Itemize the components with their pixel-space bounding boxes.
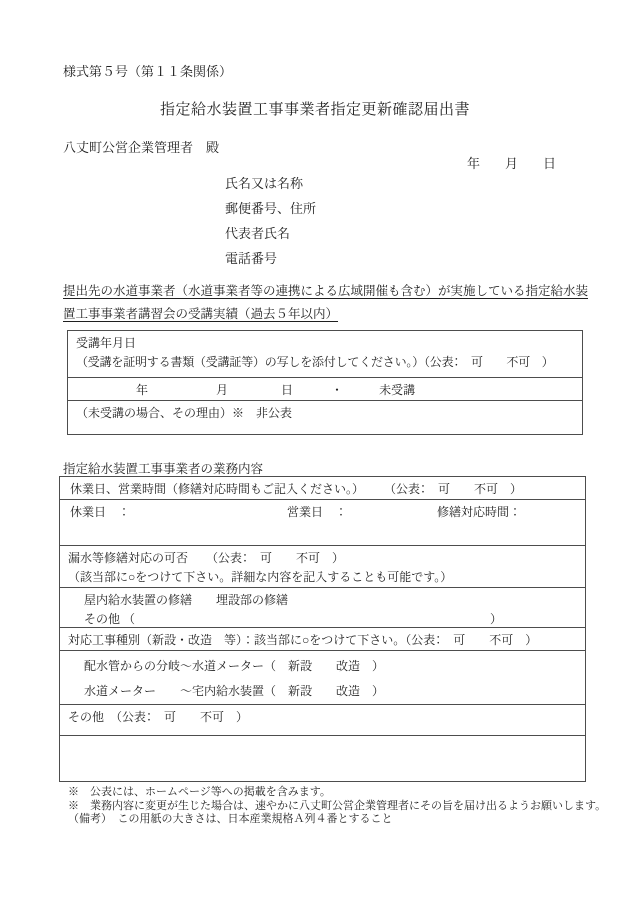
construction-type-options-row: 配水管からの分岐～水道メーター（ 新設 改造 ） 水道メーター ～宅内給水装置（… [60,651,585,705]
training-date-value-row: 年月日・未受講 [68,378,582,401]
repair-other-line: その他 （） [84,610,585,628]
blank-row [60,736,585,781]
form-number: 様式第５号（第１１条関係） [63,61,232,80]
not-attended-reason-row: （未受講の場合、その理由）※ 非公表 [68,401,582,434]
section1-heading: 提出先の水道事業者（水道事業者等の連携による広域開催も含む）が実施している指定給… [63,280,588,326]
construction-type-header-row: 対応工事種別（新設・改造 等）：該当部に○をつけて下さい。（公表： 可 不可 ） [60,628,585,651]
applicant-field-address: 郵便番号、住所 [225,196,316,221]
footnote-publication: ※ 公表には、ホームページ等への掲載を含みます。 [68,786,606,800]
training-date-header-row: 受講年月日 （受講を証明する書類（受講証等）の写しを添付してください。）（公表：… [68,331,582,378]
business-hours-public-label: （公表： 可 不可 ） [384,480,522,497]
training-date-label: 受講年月日 [76,334,582,353]
applicant-field-representative: 代表者氏名 [225,221,316,246]
document-page: 様式第５号（第１１条関係） 指定給水装置工事事業者指定更新確認届出書 八丈町公営… [0,0,630,903]
footnote-change-notice: ※ 業務内容に変更が生じた場合は、速やかに八丈町公営企業管理者にその旨を届け出る… [68,800,606,814]
section1-heading-line1: 提出先の水道事業者（水道事業者等の連携による広域開催も含む）が実施している指定給… [63,284,588,298]
repair-hours-label: 修繕対応時間： [437,503,521,520]
section2-heading: 指定給水装置工事事業者の業務内容 [63,462,263,476]
repair-availability-note: （該当部に○をつけて下さい。詳細な内容を記入することも可能です。） [68,568,585,587]
not-attended-reason-label: （未受講の場合、その理由）※ 非公表 [76,404,582,423]
date-month-label: 月 [505,156,518,171]
repair-availability-row: 漏水等修繕対応の可否 （公表： 可 不可 ） （該当部に○をつけて下さい。詳細な… [60,546,585,588]
repair-other-close: ） [490,612,502,626]
section1-heading-line2: 置工事事業者講習会の受講実績（過去５年以内） [63,307,338,321]
construction-option-meter: 水道メーター ～宅内給水装置（ 新設 改造 ） [84,679,585,704]
footnote-remarks: （備考） この用紙の大きさは、日本産業規格Ａ列４番とすること [68,813,606,827]
business-hours-header-row: 休業日、営業時間（修繕対応時間もご記入ください。）（公表： 可 不可 ） [60,477,585,500]
business-table: 休業日、営業時間（修繕対応時間もご記入ください。）（公表： 可 不可 ） 休業日… [59,476,586,782]
construction-type-label: 対応工事種別（新設・改造 等）：該当部に○をつけて下さい。（公表： 可 不可 ） [68,631,585,650]
open-day-label: 営業日 ： [287,503,347,520]
applicant-field-name: 氏名又は名称 [225,171,316,196]
footnotes: ※ 公表には、ホームページ等への掲載を含みます。 ※ 業務内容に変更が生じた場合… [68,786,606,827]
training-separator-dot: ・ [331,383,343,397]
date-year-label: 年 [467,156,480,171]
closed-day-label: 休業日 ： [70,503,130,520]
training-table: 受講年月日 （受講を証明する書類（受講証等）の写しを添付してください。）（公表：… [67,330,583,435]
applicant-field-phone: 電話番号 [225,246,316,271]
repair-other-open: その他 （ [84,612,135,626]
training-month-label: 月 [216,383,228,397]
date-day-label: 日 [543,156,556,171]
business-hours-label: 休業日、営業時間（修繕対応時間もご記入ください。） [70,480,364,497]
repair-availability-label: 漏水等修繕対応の可否 （公表： 可 不可 ） [68,549,585,568]
repair-types-options: 屋内給水装置の修繕 埋設部の修繕 [84,591,585,610]
applicant-block: 氏名又は名称 郵便番号、住所 代表者氏名 電話番号 [225,171,316,271]
repair-types-row: 屋内給水装置の修繕 埋設部の修繕 その他 （） [60,588,585,628]
business-hours-input-row: 休業日 ：営業日 ：修繕対応時間： [60,500,585,546]
training-day-label: 日 [281,383,293,397]
construction-option-branch: 配水管からの分岐～水道メーター（ 新設 改造 ） [84,654,585,679]
page-title: 指定給水装置工事事業者指定更新確認届出書 [0,98,630,119]
other-business-row: その他 （公表： 可 不可 ） [60,705,585,736]
training-year-label: 年 [136,383,148,397]
training-attach-note: （受講を証明する書類（受講証等）の写しを添付してください。）（公表： 可 不可 … [76,353,582,372]
other-business-label: その他 （公表： 可 不可 ） [68,708,585,727]
training-not-attended-label: 未受講 [379,383,415,397]
date-line: 年月日 [0,153,630,172]
